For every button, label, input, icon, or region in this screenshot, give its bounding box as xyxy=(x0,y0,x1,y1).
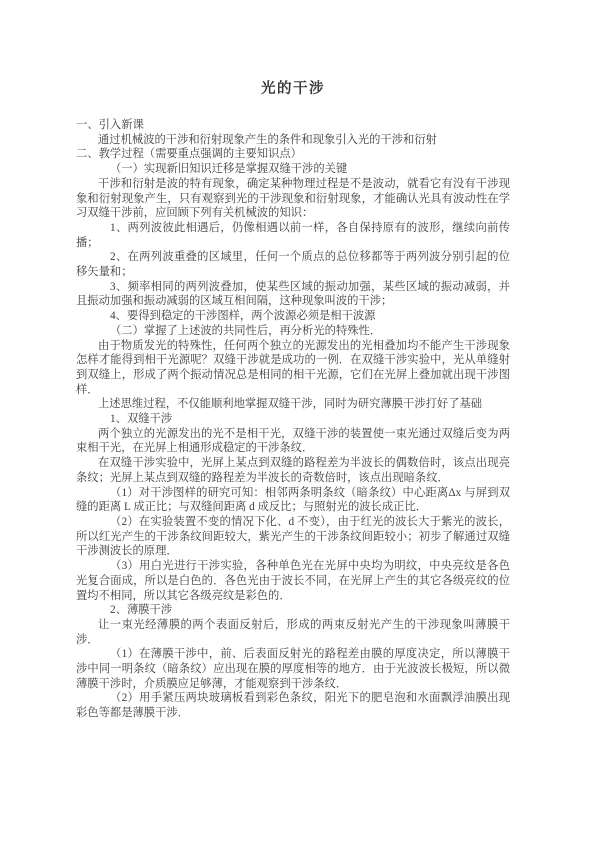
list-item: 1、两列波彼此相遇后，仍像相遇以前一样，各自保持原有的波形，继续向前传播； xyxy=(76,221,510,250)
list-item: （3）用白光进行干涉实验，各种单色光在光屏中央均为明纹，中央亮纹是各色光复合面成… xyxy=(76,559,510,603)
list-item: （2）用手紧压两块玻璃板看到彩色条纹，阳光下的肥皂泡和水面飘浮油膜出现彩色等都是… xyxy=(76,691,510,720)
list-item: （1）对干涉图样的研究可知：相邻两条明条纹（暗条纹）中心距离Δx 与屏到双缝的距… xyxy=(76,486,510,515)
document-page: 光的干涉 一、引入新课 通过机械波的干涉和衍射现象产生的条件和现象引入光的干涉和… xyxy=(0,0,595,841)
section-heading: 一、引入新课 xyxy=(76,118,510,133)
section-heading: 二、教学过程（需要重点强调的主要知识点） xyxy=(76,147,510,162)
list-item: （1）在薄膜干涉中，前、后表面反射光的路程差由膜的厚度决定，所以薄膜干涉中同一明… xyxy=(76,647,510,691)
paragraph: 两个独立的光源发出的光不是相干光，双缝干涉的装置使一束光通过双缝后变为两束相干光… xyxy=(76,427,510,456)
paragraph: 干涉和衍射是波的特有现象，确定某种物理过程是不是波动，就看它有没有干涉现象和衍射… xyxy=(76,177,510,221)
list-item: （2）在实验装置不变的情况下化、d 不变），由于红光的波长大于紫光的波长，所以红… xyxy=(76,515,510,559)
subsection-heading: （二）掌握了上述波的共同性后，再分析光的特殊性． xyxy=(76,324,510,339)
paragraph: 在双缝干涉实验中，光屏上某点到双缝的路程差为半波长的偶数倍时，该点出现亮条纹；光… xyxy=(76,456,510,485)
paragraph: 通过机械波的干涉和衍射现象产生的条件和现象引入光的干涉和衍射 xyxy=(76,133,510,148)
list-item: 2、在两列波重叠的区域里，任何一个质点的总位移都等于两列波分别引起的位移矢量和； xyxy=(76,250,510,279)
document-title: 光的干涉 xyxy=(76,79,510,99)
list-item: 3、频率相同的两列波叠加，使某些区域的振动加强，某些区域的振动减弱，并且振动加强… xyxy=(76,280,510,309)
list-item: 1、双缝干涉 xyxy=(76,412,510,427)
paragraph: 上述思维过程，不仅能顺利地掌握双缝干涉，同时为研究薄膜干涉打好了基础 xyxy=(76,397,510,412)
paragraph: 让一束光经薄膜的两个表面反射后，形成的两束反射光产生的干涉现象叫薄膜干涉． xyxy=(76,618,510,647)
list-item: 4、要得到稳定的干涉图样，两个波源必须是相干波源 xyxy=(76,309,510,324)
subsection-heading: （一）实现新旧知识迁移是掌握双缝干涉的关键 xyxy=(76,162,510,177)
paragraph: 由于物质发光的特殊性，任何两个独立的光源发出的光相叠加均不能产生干涉现象怎样才能… xyxy=(76,339,510,398)
list-item: 2、薄膜干涉 xyxy=(76,603,510,618)
